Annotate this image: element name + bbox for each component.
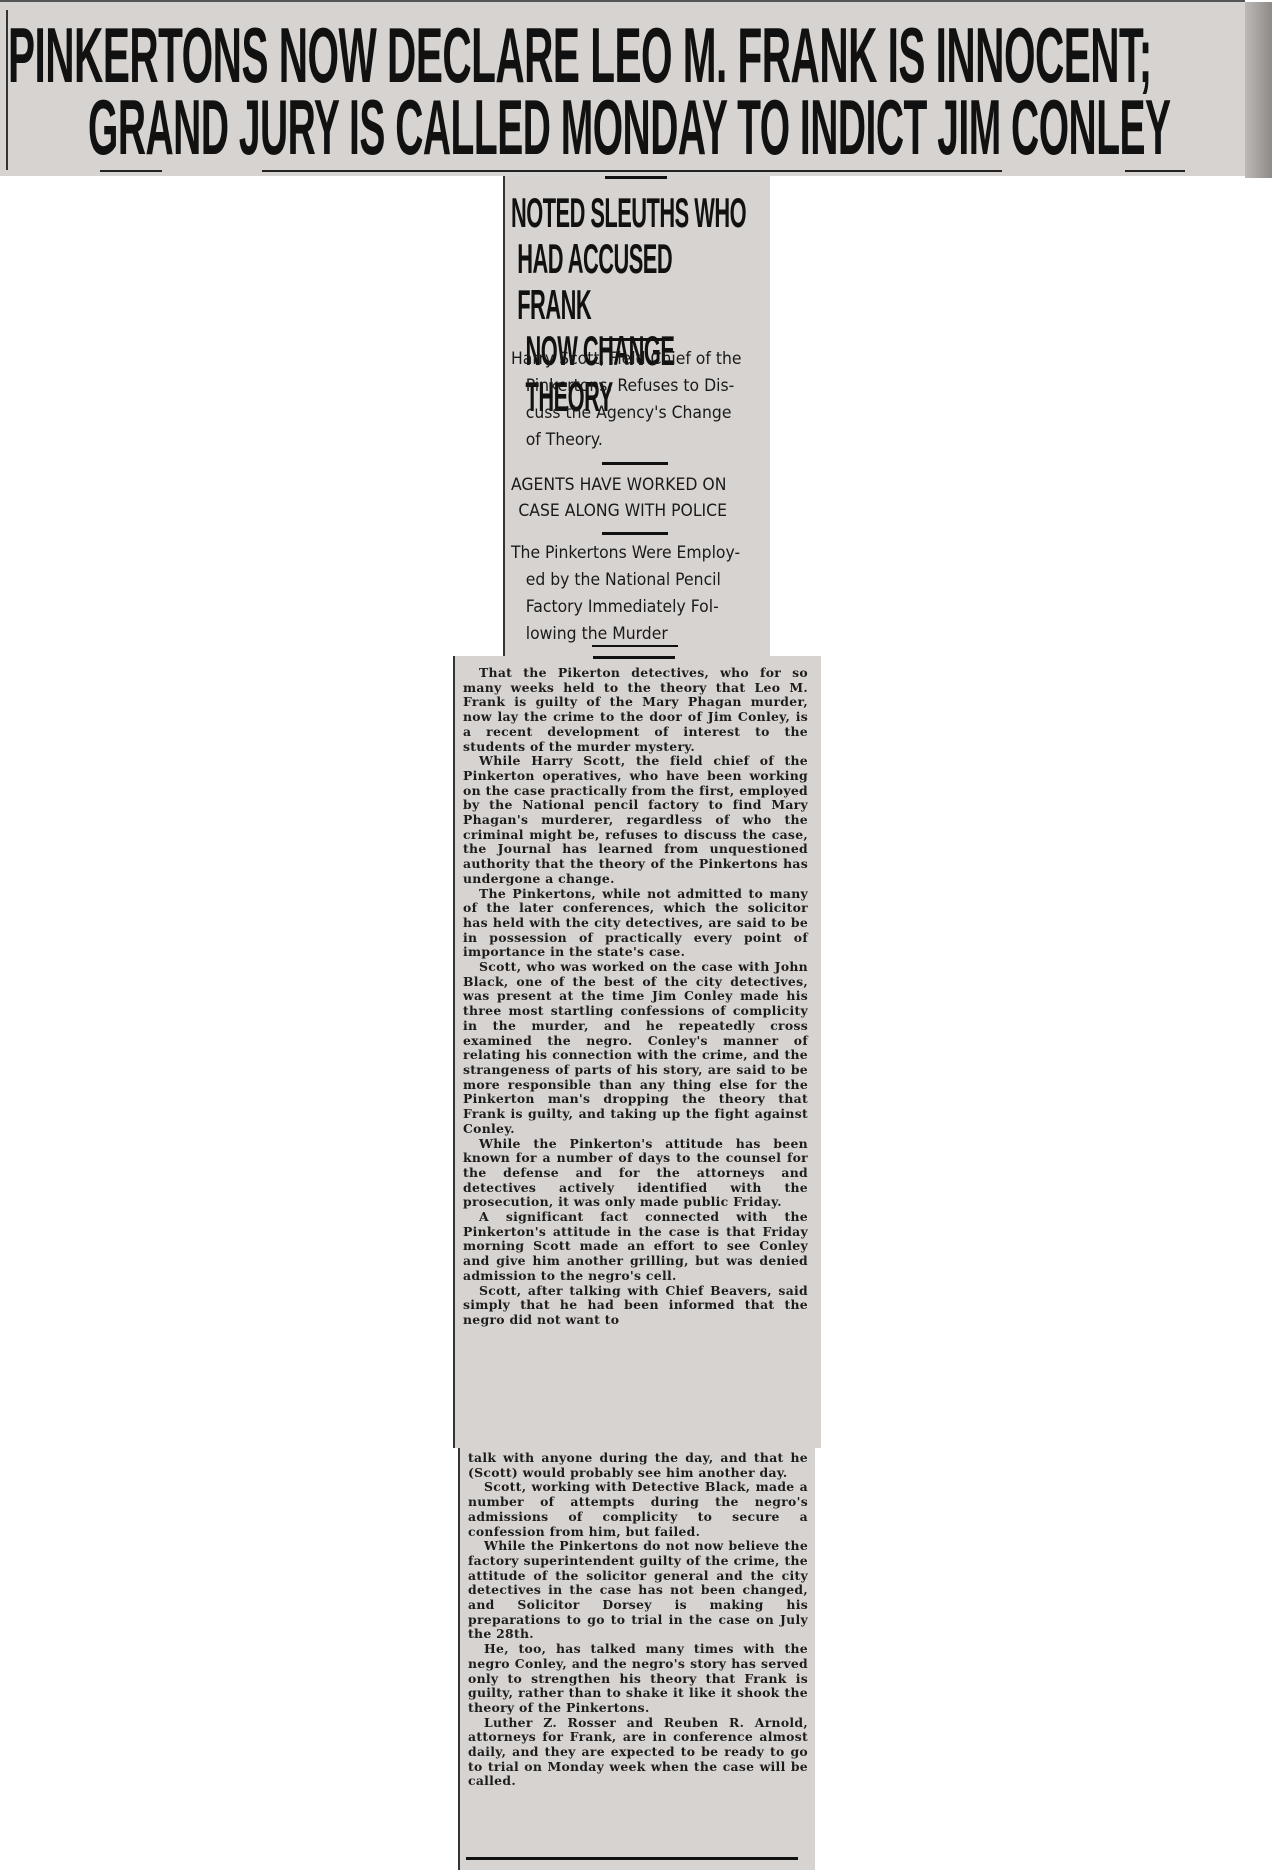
article-paragraph: He, too, has talked many times with the … <box>468 1642 808 1716</box>
headline-rule <box>262 170 1002 172</box>
deck-rule <box>602 338 668 341</box>
article-paragraph-continued: talk with anyone during the day, and tha… <box>468 1451 808 1480</box>
deck-subhead-line: lowing the Murder <box>511 621 743 648</box>
deck-rule <box>602 532 668 535</box>
deck-subhead-line: Pinkertons, Refuses to Dis- <box>511 373 743 400</box>
deck-subhead-line: Harry Scott, Field Chief of the <box>511 346 743 373</box>
article-paragraph: Scott, working with Detective Black, mad… <box>468 1480 808 1539</box>
article-paragraph: A significant fact connected with the Pi… <box>463 1210 808 1284</box>
article-paragraph: While the Pinkertons do not now believe … <box>468 1539 808 1642</box>
deck-subhead-line: Factory Immediately Fol- <box>511 594 743 621</box>
deck-headline-line: HAD ACCUSED FRANK <box>511 236 750 328</box>
headline-rule <box>100 170 162 172</box>
article-paragraph: Luther Z. Rosser and Reuben R. Arnold, a… <box>468 1716 808 1790</box>
deck-rule <box>592 645 678 647</box>
page-edge-shadow <box>1245 2 1272 178</box>
article-body-column-1: That the Pikerton detectives, who for so… <box>453 656 821 1448</box>
headline-banner: PINKERTONS NOW DECLARE LEO M. FRANK IS I… <box>0 0 1245 176</box>
deck-subhead-line: of Theory. <box>511 427 743 454</box>
deck-headline-line: NOTED SLEUTHS WHO <box>511 190 750 236</box>
headline-rule <box>1125 170 1185 172</box>
article-paragraph: Scott, who was worked on the case with J… <box>463 960 808 1136</box>
deck-subhead-line: AGENTS HAVE WORKED ON <box>511 472 743 498</box>
body-top-rule <box>593 656 675 659</box>
article-body-column-2: talk with anyone during the day, and tha… <box>458 1448 815 1870</box>
deck-subhead-line: The Pinkertons Were Employ- <box>511 540 743 567</box>
deck-subhead-2: AGENTS HAVE WORKED ON CASE ALONG WITH PO… <box>511 472 743 524</box>
article-paragraph: The Pinkertons, while not admitted to ma… <box>463 887 808 961</box>
deck-subhead-3: The Pinkertons Were Employ- ed by the Na… <box>511 540 743 648</box>
headline-line-2: GRAND JURY IS CALLED MONDAY TO INDICT JI… <box>88 82 1238 173</box>
article-text: talk with anyone during the day, and tha… <box>468 1451 808 1789</box>
article-paragraph: That the Pikerton detectives, who for so… <box>463 666 808 754</box>
deck-column: NOTED SLEUTHS WHO HAD ACCUSED FRANK NOW … <box>503 176 770 656</box>
deck-subhead-line: ed by the National Pencil <box>511 567 743 594</box>
deck-subhead-line: cuss the Agency's Change <box>511 400 743 427</box>
deck-top-rule <box>605 176 667 179</box>
deck-subhead-line: CASE ALONG WITH POLICE <box>511 498 743 524</box>
article-end-rule <box>466 1857 798 1860</box>
article-paragraph: While the Pinkerton's attitude has been … <box>463 1137 808 1211</box>
article-text: That the Pikerton detectives, who for so… <box>463 666 808 1328</box>
deck-subhead-1: Harry Scott, Field Chief of the Pinkerto… <box>511 346 743 454</box>
deck-rule <box>602 462 668 465</box>
article-paragraph: Scott, after talking with Chief Beavers,… <box>463 1284 808 1328</box>
article-paragraph: While Harry Scott, the field chief of th… <box>463 754 808 886</box>
